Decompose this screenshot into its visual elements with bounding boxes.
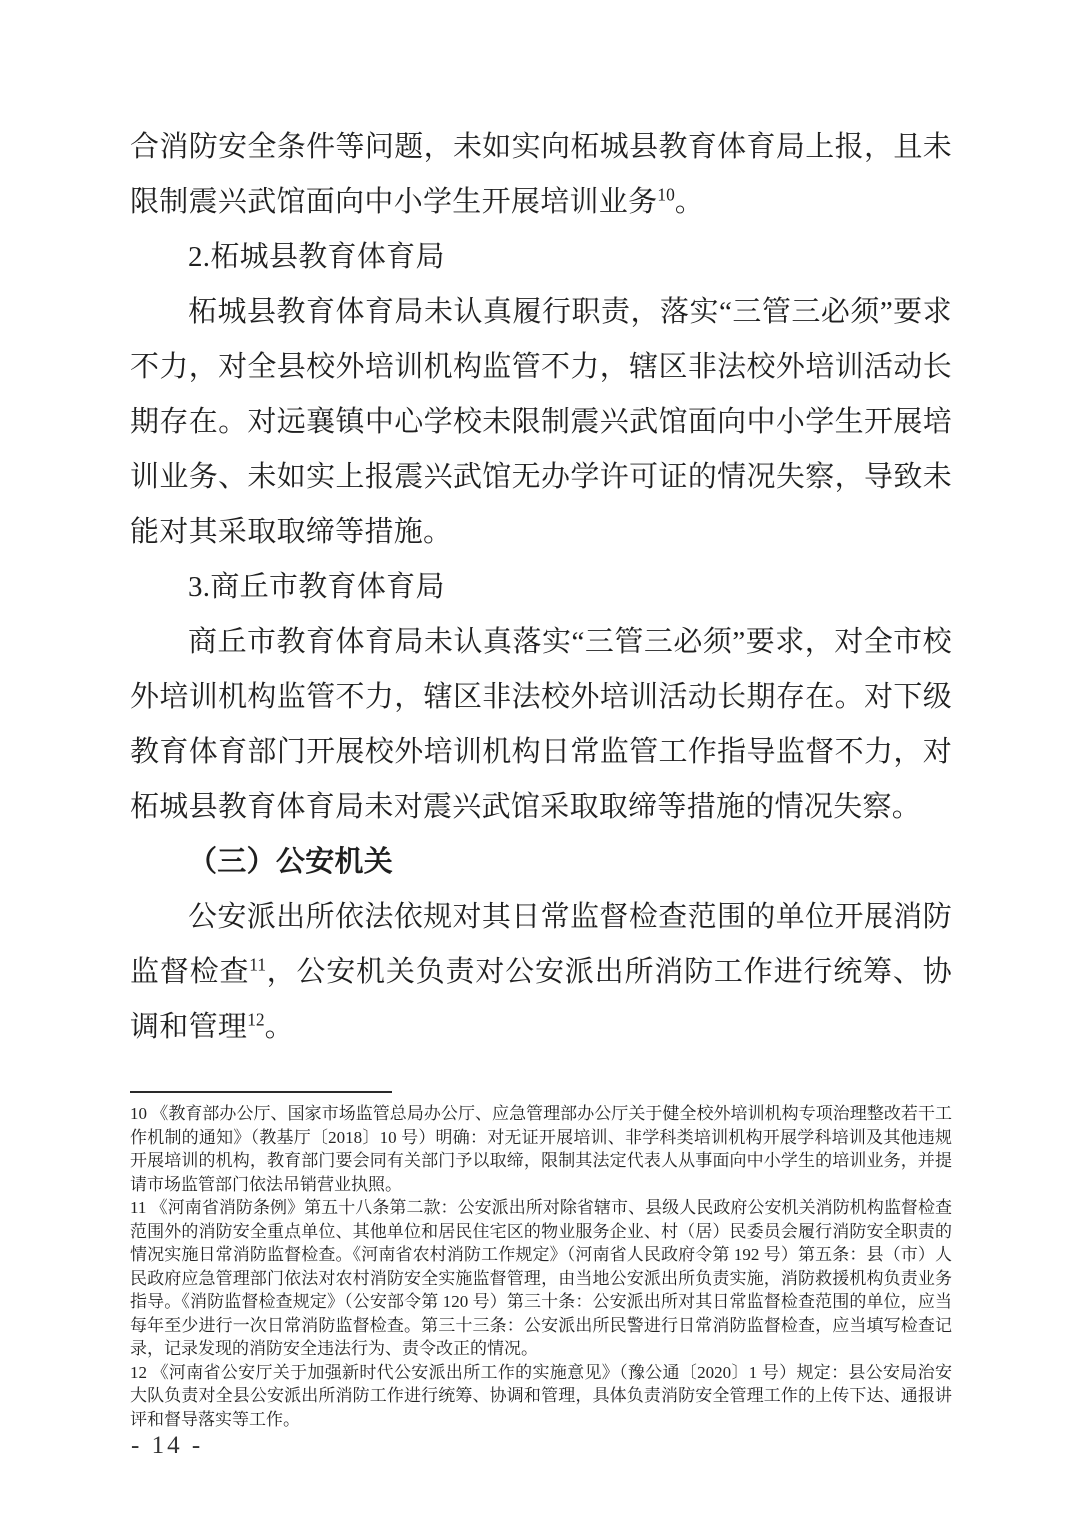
footnote-separator-rule (130, 1091, 392, 1093)
footnote-item: 12 《河南省公安厅关于加强新时代公安派出所工作的实施意见》（豫公通〔2020〕… (130, 1361, 952, 1432)
footnote-item: 11 《河南省消防条例》第五十八条第二款：公安派出所对除省辖市、县级人民政府公安… (130, 1196, 952, 1361)
footnote-item: 10 《教育部办公厅、国家市场监管总局办公厅、应急管理部办公厅关于健全校外培训机… (130, 1102, 952, 1196)
footnotes-list: 10 《教育部办公厅、国家市场监管总局办公厅、应急管理部办公厅关于健全校外培训机… (130, 1102, 952, 1431)
page-number: - 14 - (131, 1432, 203, 1460)
footnote-reference: 11 (249, 954, 266, 974)
footnotes-section: 10 《教育部办公厅、国家市场监管总局办公厅、应急管理部办公厅关于健全校外培训机… (130, 1091, 952, 1431)
footnote-reference: 12 (247, 1009, 264, 1029)
body-text: 合消防安全条件等问题，未如实向柘城县教育体育局上报，且未限制震兴武馆面向中小学生… (130, 120, 952, 1055)
section-heading: （三）公安机关 (130, 835, 952, 890)
section-heading: 2.柘城县教育体育局 (130, 230, 952, 285)
body-paragraph: 合消防安全条件等问题，未如实向柘城县教育体育局上报，且未限制震兴武馆面向中小学生… (130, 120, 952, 230)
footnote-reference: 10 (657, 184, 674, 204)
body-paragraph: 公安派出所依法依规对其日常监督检查范围的单位开展消防监督检查11，公安机关负责对… (130, 890, 952, 1055)
body-paragraph: 柘城县教育体育局未认真履行职责，落实“三管三必须”要求不力，对全县校外培训机构监… (130, 285, 952, 560)
body-paragraph: 商丘市教育体育局未认真落实“三管三必须”要求，对全市校外培训机构监管不力，辖区非… (130, 615, 952, 835)
document-page: 合消防安全条件等问题，未如实向柘城县教育体育局上报，且未限制震兴武馆面向中小学生… (0, 0, 1080, 1527)
section-heading: 3.商丘市教育体育局 (130, 560, 952, 615)
